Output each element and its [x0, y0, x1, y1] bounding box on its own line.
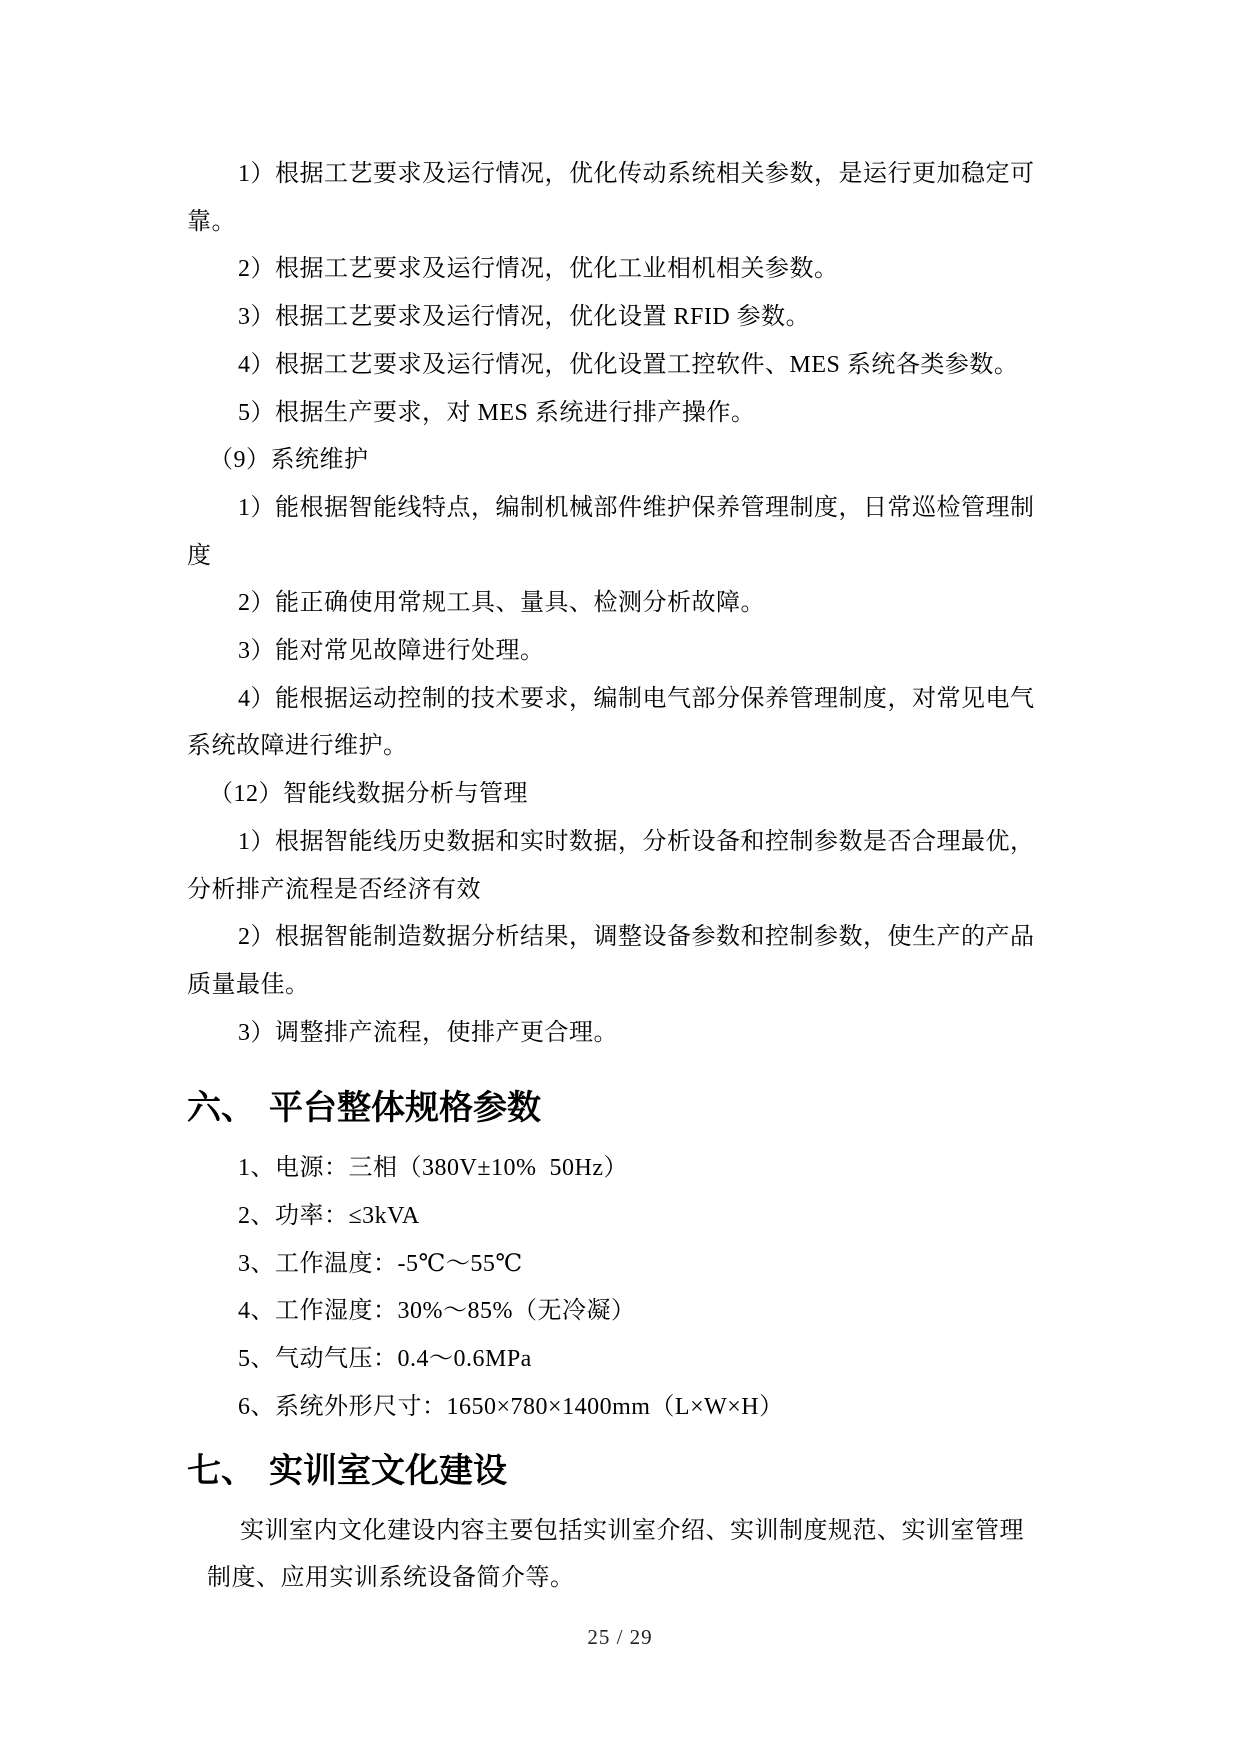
spec-item: 1、电源：三相（380V±10% 50Hz）	[187, 1145, 1077, 1193]
body-text-line: 5）根据生产要求，对 MES 系统进行排产操作。	[187, 390, 1077, 438]
body-text-line: 3）调整排产流程，使排产更合理。	[187, 1010, 1077, 1058]
document-page: 1）根据工艺要求及运行情况，优化传动系统相关参数，是运行更加稳定可 靠。 2）根…	[0, 0, 1240, 1755]
section-number: 六、	[187, 1077, 255, 1139]
culture-text-line: 制度、应用实训系统设备简介等。	[187, 1555, 1077, 1603]
page-number: 25 / 29	[0, 1622, 1240, 1652]
body-text-line: 4）能根据运动控制的技术要求，编制电气部分保养管理制度，对常见电气	[187, 676, 1077, 724]
body-text-line: 系统故障进行维护。	[187, 723, 1077, 771]
spec-item: 3、工作温度：-5℃～55℃	[187, 1241, 1077, 1289]
section-title: 实训室文化建设	[269, 1452, 507, 1490]
body-text-line: 2）能正确使用常规工具、量具、检测分析故障。	[187, 580, 1077, 628]
body-text-line: 4）根据工艺要求及运行情况，优化设置工控软件、MES 系统各类参数。	[187, 342, 1077, 390]
sub-section-label: （9）系统维护	[187, 437, 1077, 485]
section-heading-culture: 七、实训室文化建设	[187, 1440, 1077, 1502]
spec-item: 2、功率：≤3kVA	[187, 1193, 1077, 1241]
spec-item: 4、工作湿度：30%～85%（无冷凝）	[187, 1288, 1077, 1336]
section-number: 七、	[187, 1440, 255, 1502]
culture-text-line: 实训室内文化建设内容主要包括实训室介绍、实训制度规范、实训室管理	[187, 1508, 1077, 1556]
section-heading-platform-specs: 六、平台整体规格参数	[187, 1077, 1077, 1139]
sub-section-label: （12）智能线数据分析与管理	[187, 771, 1077, 819]
body-text-line: 1）能根据智能线特点，编制机械部件维护保养管理制度，日常巡检管理制	[187, 485, 1077, 533]
body-text-line: 分析排产流程是否经济有效	[187, 867, 1077, 915]
body-text-line: 度	[187, 533, 1077, 581]
body-text-line: 2）根据智能制造数据分析结果，调整设备参数和控制参数，使生产的产品	[187, 914, 1077, 962]
spec-item: 5、气动气压：0.4～0.6MPa	[187, 1336, 1077, 1384]
body-text-line: 2）根据工艺要求及运行情况，优化工业相机相关参数。	[187, 246, 1077, 294]
body-text-line: 3）能对常见故障进行处理。	[187, 628, 1077, 676]
section-title: 平台整体规格参数	[269, 1089, 541, 1127]
spec-item: 6、系统外形尺寸：1650×780×1400mm（L×W×H）	[187, 1384, 1077, 1432]
body-text-line: 1）根据智能线历史数据和实时数据，分析设备和控制参数是否合理最优，	[187, 819, 1077, 867]
document-body: 1）根据工艺要求及运行情况，优化传动系统相关参数，是运行更加稳定可 靠。 2）根…	[187, 151, 1077, 1603]
body-text-line: 3）根据工艺要求及运行情况，优化设置 RFID 参数。	[187, 294, 1077, 342]
body-text-line: 靠。	[187, 199, 1077, 247]
body-text-line: 质量最佳。	[187, 962, 1077, 1010]
body-text-line: 1）根据工艺要求及运行情况，优化传动系统相关参数，是运行更加稳定可	[187, 151, 1077, 199]
